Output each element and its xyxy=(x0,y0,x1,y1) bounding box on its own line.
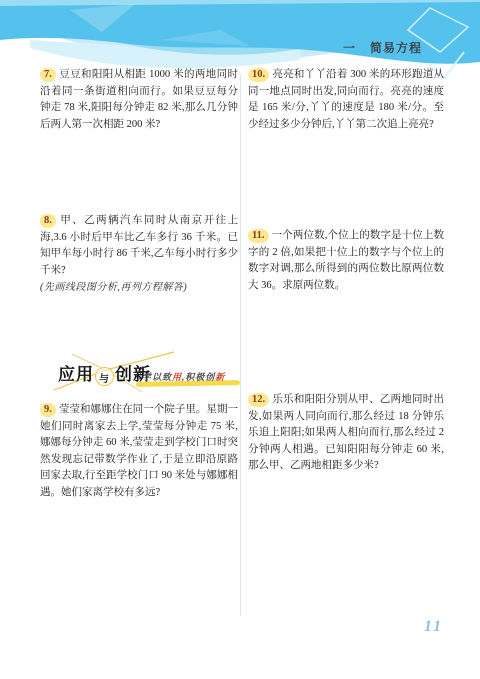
page-number: 11 xyxy=(424,618,443,636)
problem-7: 7.豆豆和阳阳从相距 1000 米的两地同时沿着同一条街道相向而行。如果豆豆每分… xyxy=(40,67,238,133)
chapter-number: 一 xyxy=(343,41,356,55)
section-header-application-innovation: 应用 与 创新 学以致用,积极创新 xyxy=(24,348,254,396)
sun-circle-icon: 与 xyxy=(95,367,114,386)
problem-text: 乐乐和阳阳分别从甲、乙两地同时出发,如果两人同向而行,那么经过 18 分钟乐乐追… xyxy=(248,394,444,471)
section-tagline: 学以致用,积极创新 xyxy=(142,370,225,383)
chapter-title: 一简易方程 xyxy=(343,39,422,56)
problem-text: 豆豆和阳阳从相距 1000 米的两地同时沿着同一条街道相向而行。如果豆豆每分钟走… xyxy=(40,69,238,130)
problem-number-badge: 10. xyxy=(248,68,269,82)
problem-number-badge: 7. xyxy=(40,68,56,82)
chapter-name: 简易方程 xyxy=(370,41,422,55)
problem-8: 8.甲、乙两辆汽车同时从南京开往上海,3.6 小时后甲车比乙车多行 36 千米。… xyxy=(40,213,238,295)
problem-hint: (先画线段图分析,再列方程解答) xyxy=(40,280,238,295)
workbook-page: 一简易方程 7.豆豆和阳阳从相距 1000 米的两地同时沿着同一条街道相向而行。… xyxy=(0,0,480,679)
problem-text: 莹莹和娜娜住在同一个院子里。星期一她们同时离家去上学,莹莹每分钟走 75 米,娜… xyxy=(40,404,238,498)
column-divider xyxy=(240,74,241,616)
problem-text: 甲、乙两辆汽车同时从南京开往上海,3.6 小时后甲车比乙车多行 36 千米。已知… xyxy=(40,215,238,276)
tagline-part-red: 新 xyxy=(215,372,225,382)
problem-number-badge: 8. xyxy=(40,214,56,228)
problem-12: 12.乐乐和阳阳分别从甲、乙两地同时出发,如果两人同向而行,那么经过 18 分钟… xyxy=(248,392,444,475)
section-title-mid: 与 xyxy=(99,370,109,385)
problem-9: 9.莹莹和娜娜住在同一个院子里。星期一她们同时离家去上学,莹莹每分钟走 75 米… xyxy=(40,402,238,501)
tagline-part: ,积极创 xyxy=(182,372,215,382)
problem-text: 亮亮和丫丫沿着 300 米的环形跑道从同一地点同时出发,同向而行。亮亮的速度是 … xyxy=(248,69,444,130)
problem-10: 10.亮亮和丫丫沿着 300 米的环形跑道从同一地点同时出发,同向而行。亮亮的速… xyxy=(248,67,444,133)
problem-number-badge: 11. xyxy=(248,229,269,243)
tagline-part-red: 用 xyxy=(172,372,182,382)
problem-11: 11.一个两位数,个位上的数字是十位上数字的 2 倍,如果把十位上的数字与个位上… xyxy=(248,228,444,294)
problem-text: 一个两位数,个位上的数字是十位上数字的 2 倍,如果把十位上的数字与个位上的数字… xyxy=(248,230,444,291)
tagline-part: 学以致 xyxy=(142,372,172,382)
problem-number-badge: 9. xyxy=(40,403,56,417)
section-title-left: 应用 xyxy=(58,360,94,385)
